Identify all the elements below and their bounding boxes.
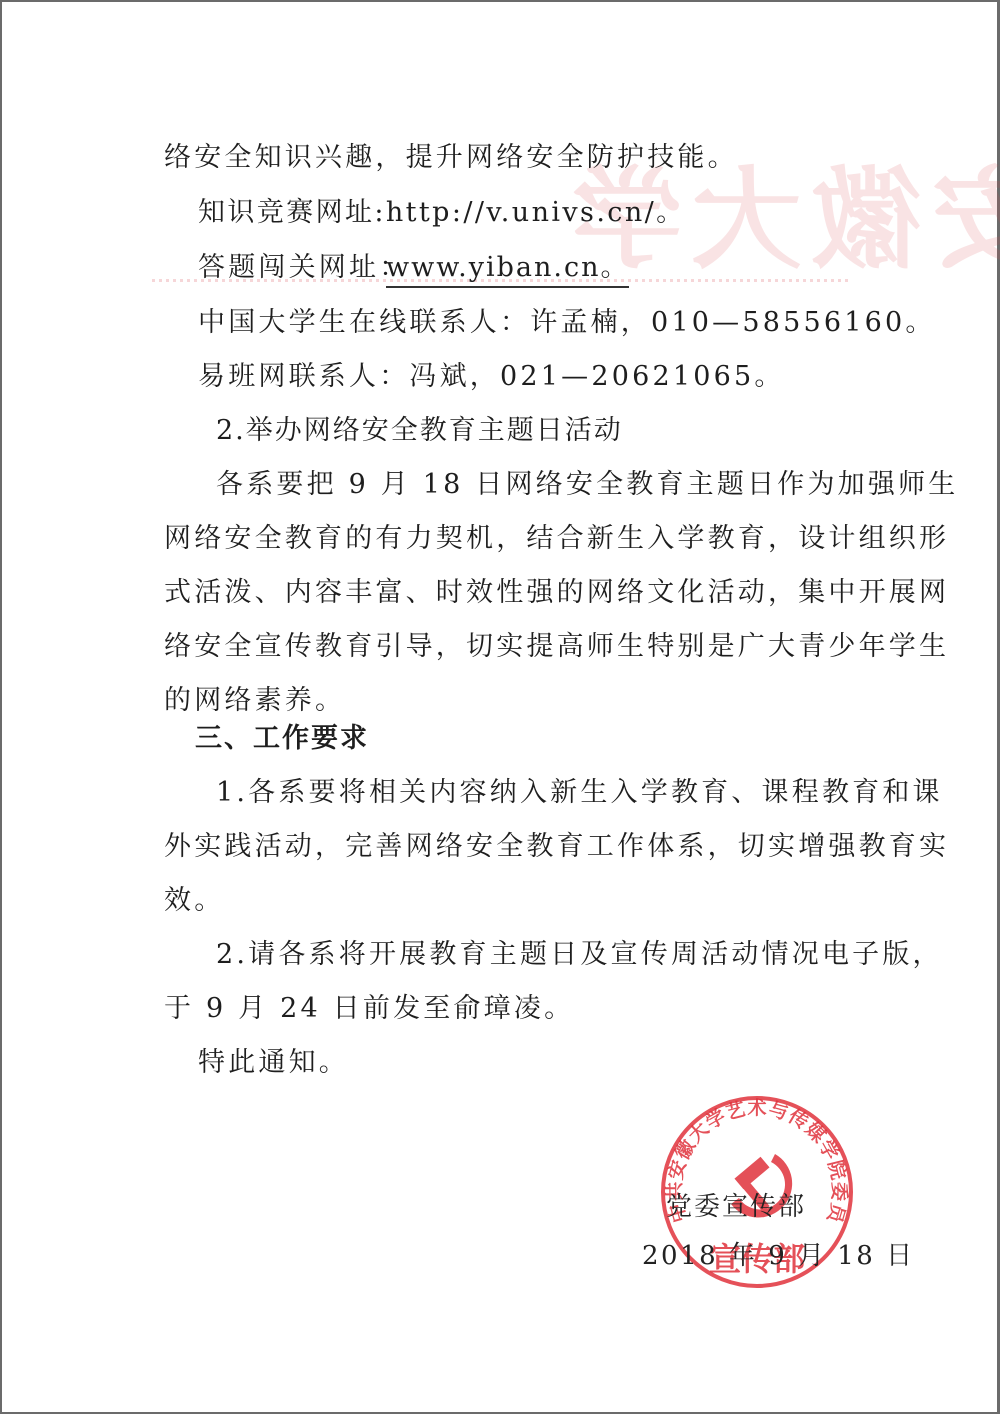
contact-univs-line: 中国大学生在线联系人：许孟楠，010—58556160。 <box>198 300 936 339</box>
document-page: 安徽大学 络安全知识兴趣，提升网络安全防护技能。 知识竞赛网址:http://v… <box>0 0 1000 1414</box>
closing-line: 特此通知。 <box>198 1040 349 1079</box>
paragraph-line: 1.各系要将相关内容纳入新生入学教育、课程教育和课 <box>216 770 943 809</box>
paragraph-line: 络安全宣传教育引导，切实提高师生特别是广大青少年学生 <box>164 624 949 663</box>
paragraph-line: 外实践活动，完善网络安全教育工作体系，切实增强教育实 <box>164 824 949 863</box>
paragraph-line: 络安全知识兴趣，提升网络安全防护技能。 <box>164 135 738 174</box>
paragraph-line: 各系要把 9 月 18 日网络安全教育主题日作为加强师生 <box>216 462 958 501</box>
paragraph-line: 效。 <box>164 878 224 917</box>
quiz-url-link[interactable]: www.yiban.cn。 <box>386 245 629 288</box>
signing-department: 党委宣传部 <box>666 1186 806 1223</box>
contest-url-line: 知识竞赛网址:http://v.univs.cn/。 <box>198 190 686 229</box>
contact-yiban-line: 易班网联系人：冯斌，021—20621065。 <box>198 354 785 393</box>
section-heading-3: 三、工作要求 <box>195 716 369 755</box>
paragraph-line: 式活泼、内容丰富、时效性强的网络文化活动，集中开展网 <box>164 570 949 609</box>
paragraph-line: 的网络素养。 <box>164 678 345 717</box>
section-heading-2: 2.举办网络安全教育主题日活动 <box>216 408 623 447</box>
paragraph-line: 网络安全教育的有力契机，结合新生入学教育，设计组织形 <box>164 516 949 555</box>
paragraph-line: 2.请各系将开展教育主题日及宣传周活动情况电子版， <box>216 932 943 971</box>
paragraph-line: 于 9 月 24 日前发至俞璋凌。 <box>164 986 574 1025</box>
signing-date: 2018 年 9 月 18 日 <box>642 1235 915 1272</box>
quiz-url-label: 答题闯关网址： <box>198 245 409 284</box>
